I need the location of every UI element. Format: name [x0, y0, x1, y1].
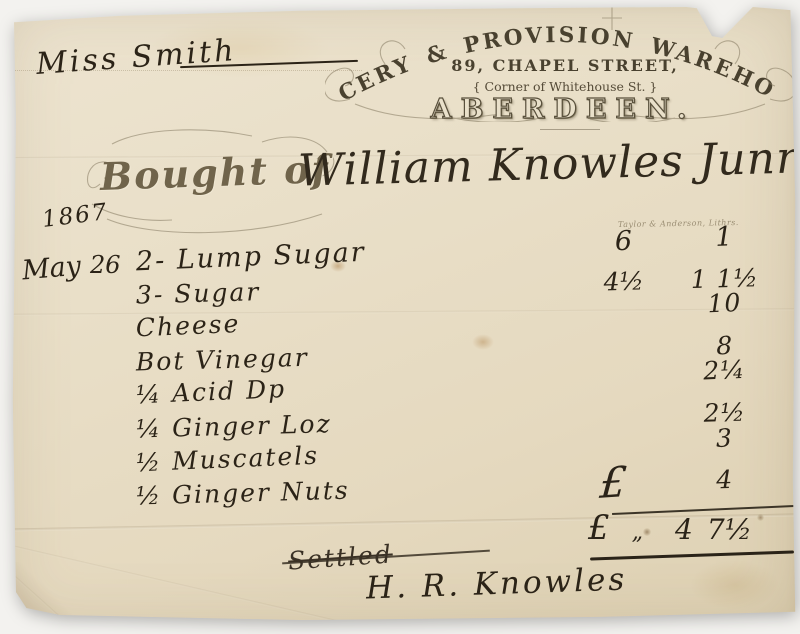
ledger-col1 [591, 333, 655, 335]
currency-flourish: £ [598, 457, 628, 508]
city-name: ABERDEEN. [408, 94, 718, 125]
ledger-item: 3- Sugar [136, 277, 261, 309]
ledger-item: ¼ Acid Dp [135, 374, 286, 409]
merchant-name: William Knowles Junr & Co. [297, 132, 800, 196]
corner-address: { Corner of Whitehouse St. } [436, 79, 694, 94]
age-stain [690, 560, 780, 610]
total-row: £ „ 4 7½ [588, 508, 798, 548]
city-underline [540, 129, 600, 130]
total-pence: 7½ [707, 513, 752, 546]
bought-of-label: Bought of [99, 146, 330, 199]
ledger-col1 [591, 400, 655, 402]
total-shillings: 4 [675, 513, 693, 546]
total-rule-bottom [590, 550, 794, 560]
ledger-col2: 2¼ [679, 354, 770, 387]
total-ditto-mark: „ [632, 520, 643, 545]
invoice-document: GROCERY & PROVISION WAREHOUSE, 89, CHAPE… [0, 0, 800, 634]
ledger-item: Cheese [135, 309, 241, 342]
ledger-col2: 1 [679, 220, 770, 255]
ledger-col2: 3 [679, 421, 770, 454]
ledger-col1: 6 [591, 225, 656, 259]
ledger-item: Bot Vinegar [136, 343, 310, 377]
total-currency: £ [588, 508, 610, 548]
ledger-item: ¼ Ginger Loz [136, 409, 332, 443]
ledger-item: ½ Ginger Nuts [136, 476, 351, 511]
signature: H. R. Knowles [365, 561, 627, 606]
customer-name: Miss Smith [35, 33, 238, 82]
ledger-rows: 2- Lump Sugar 6 1 3- Sugar 4½ 1 1½ Chees… [0, 247, 800, 516]
aged-paper-sheet: GROCERY & PROVISION WAREHOUSE, 89, CHAPE… [0, 0, 800, 634]
ledger-col2: 4 [679, 464, 770, 496]
corner-fold [10, 562, 80, 622]
ledger-col2: 10 [679, 287, 770, 320]
street-address: 89, CHAPEL STREET, [428, 56, 702, 75]
ledger-item: 2- Lump Sugar [135, 237, 366, 278]
